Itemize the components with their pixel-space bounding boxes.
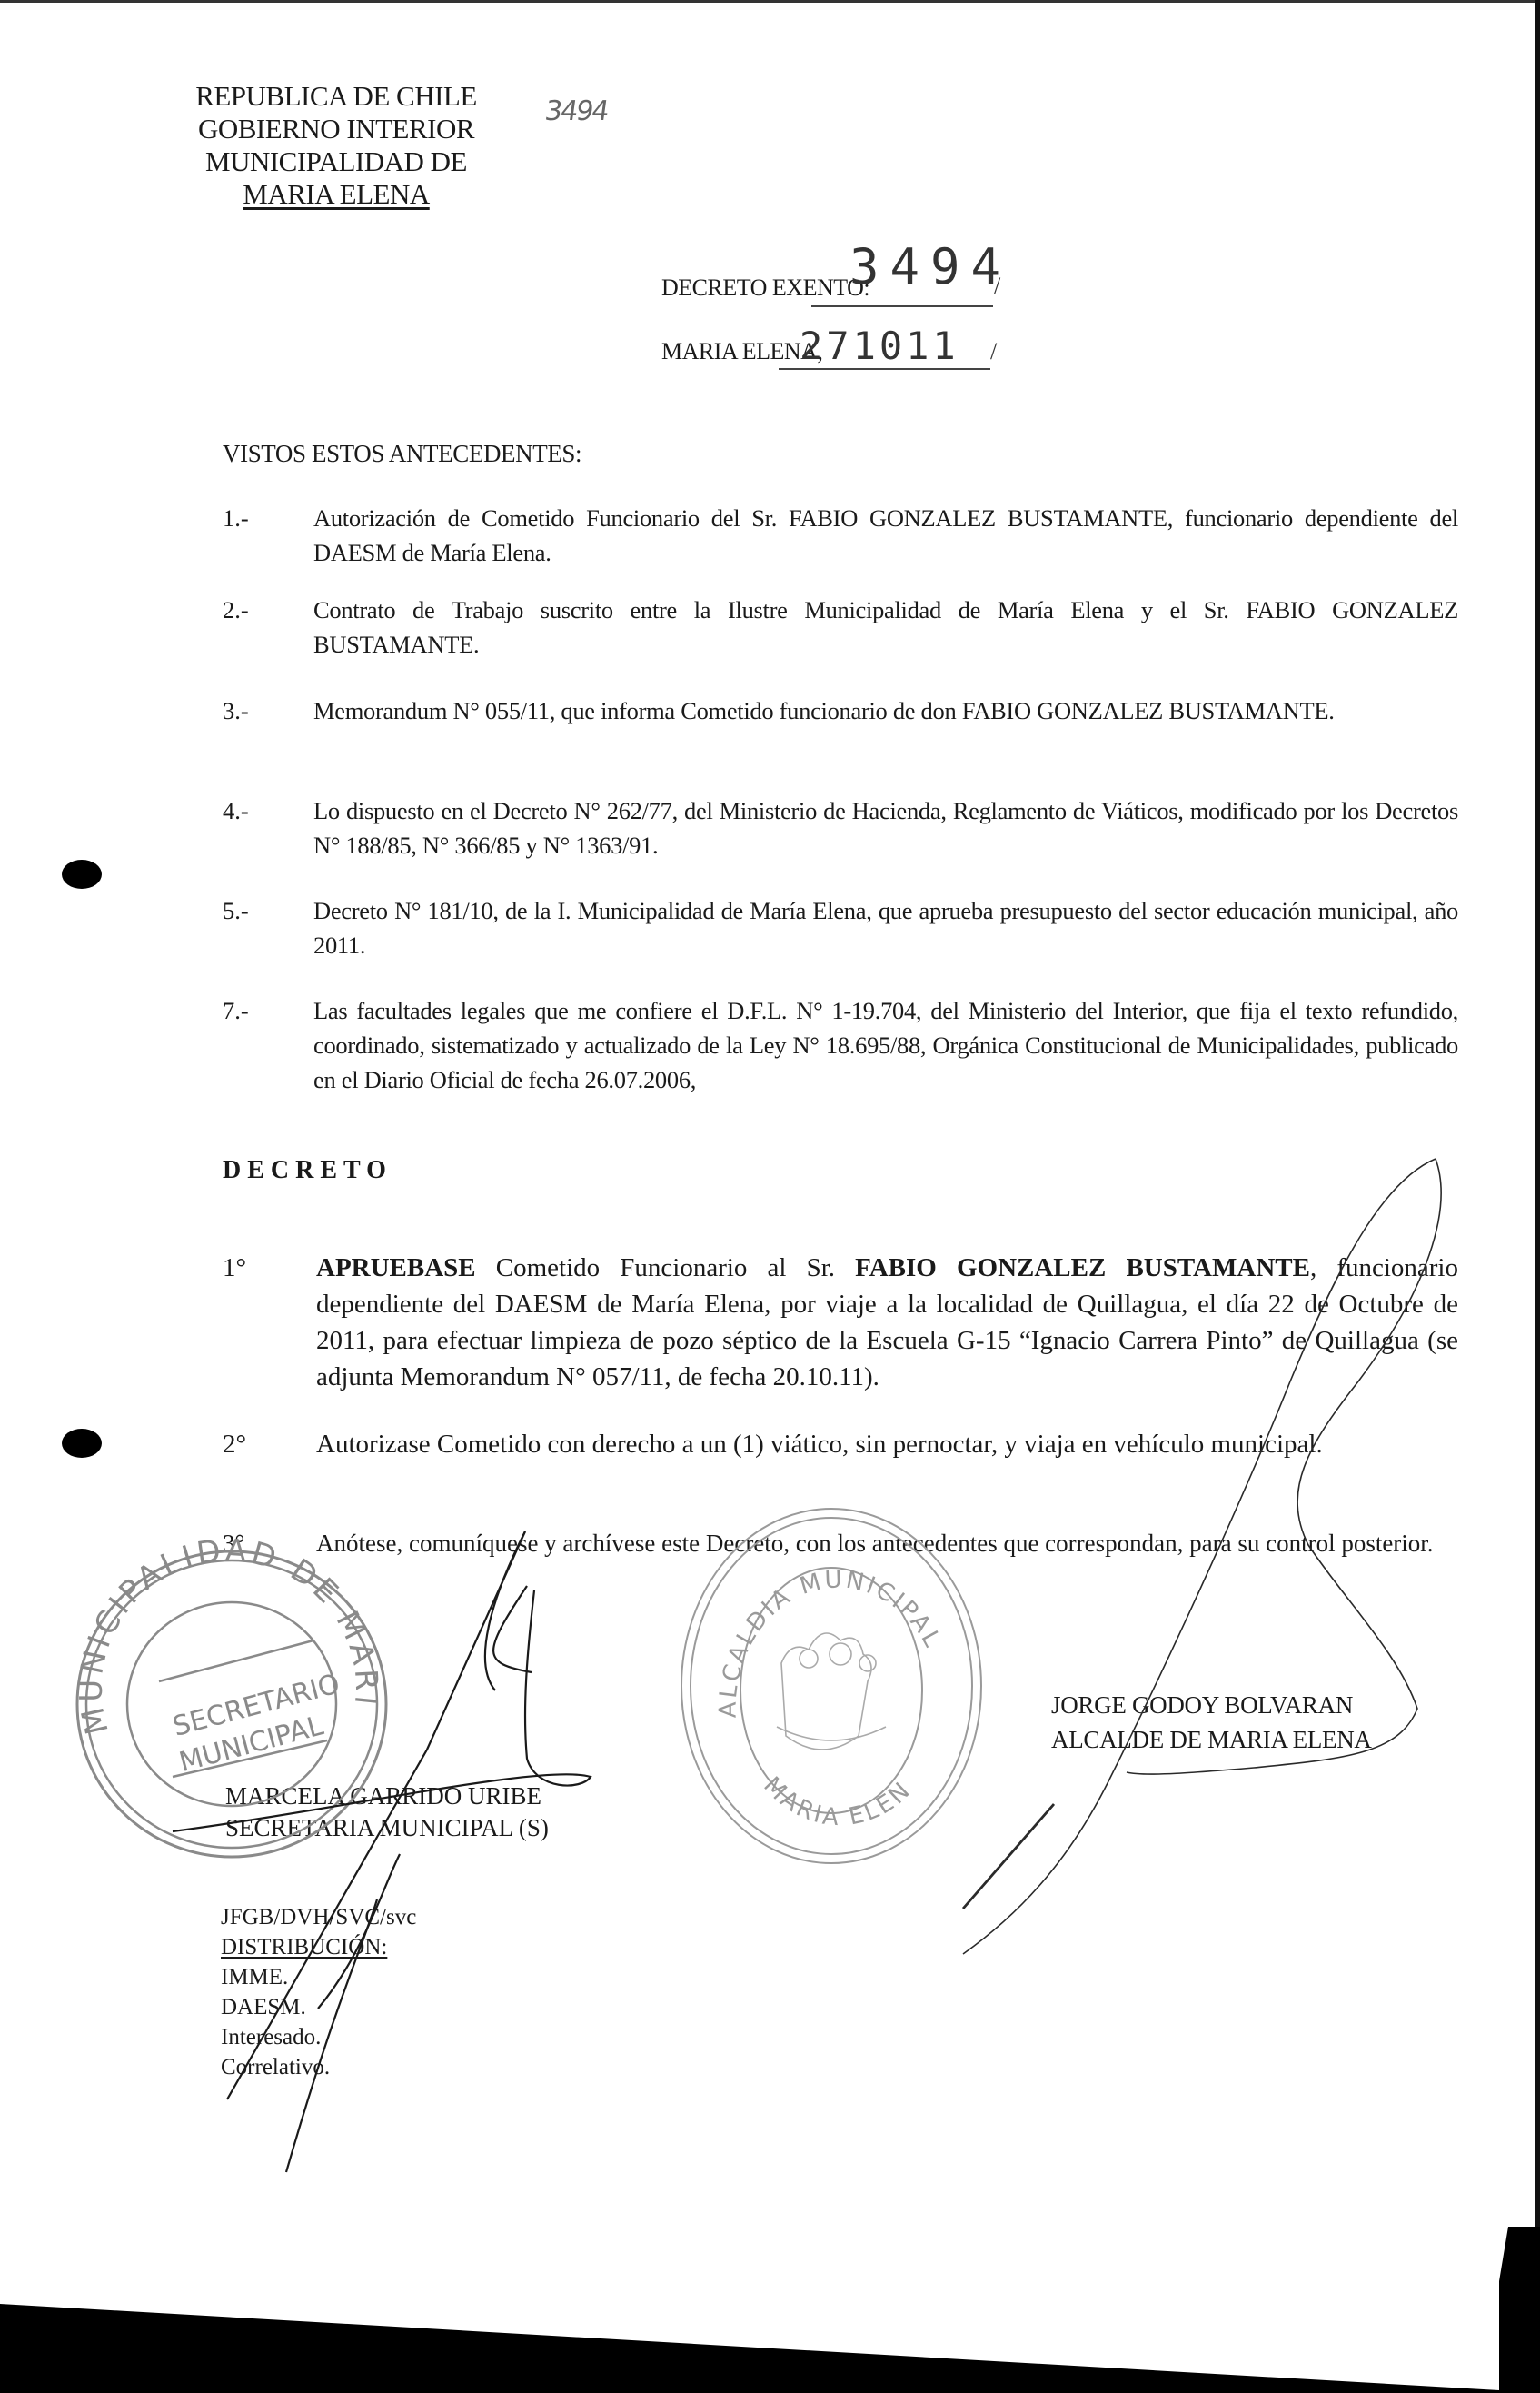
scan-edge-top xyxy=(0,0,1540,3)
distribution-block: JFGB/DVH/SVC/svc DISTRIBUCIÓN: IMME. DAE… xyxy=(221,1902,416,2082)
vistos-item-number: 3.- xyxy=(223,693,304,728)
secretary-seal-line1: SECRETARIO xyxy=(170,1668,343,1743)
resolution-number: 1° xyxy=(223,1250,304,1286)
vistos-item-text: Contrato de Trabajo suscrito entre la Il… xyxy=(313,593,1458,662)
mayor-seal-top-text: ALCALDIA MUNICIPAL xyxy=(715,1566,947,1718)
vistos-item: 7.- Las facultades legales que me confie… xyxy=(223,993,1458,1097)
resolution-item: 1° APRUEBASE Cometido Funcionario al Sr.… xyxy=(223,1250,1458,1395)
place-label: MARIA ELENA, xyxy=(661,338,822,365)
resolution-number: 2° xyxy=(223,1426,304,1462)
decreto-exento-underline xyxy=(811,305,993,307)
vistos-item: 3.- Memorandum N° 055/11, que informa Co… xyxy=(223,693,1458,728)
decree-date-underline xyxy=(779,368,990,370)
vistos-item-number: 4.- xyxy=(223,793,304,828)
vistos-heading: VISTOS ESTOS ANTECEDENTES: xyxy=(223,440,581,468)
svg-text:ALCALDIA MUNICIPAL: ALCALDIA MUNICIPAL xyxy=(715,1566,947,1718)
decreto-exento-label: DECRETO EXENTO: xyxy=(661,274,869,302)
scan-edge-right xyxy=(1535,0,1540,2393)
resolution-item: 2° Autorizase Cometido con derecho a un … xyxy=(223,1426,1458,1462)
resolution-text: Anótese, comuníquese y archívese este De… xyxy=(316,1526,1458,1560)
vistos-item: 2.- Contrato de Trabajo suscrito entre l… xyxy=(223,593,1458,662)
secretary-seal-line2: MUNICIPAL xyxy=(176,1710,327,1779)
vistos-item-text: Memorandum N° 055/11, que informa Cometi… xyxy=(313,693,1458,728)
vistos-item-text: Lo dispuesto en el Decreto N° 262/77, de… xyxy=(313,793,1458,862)
vistos-item-text: Decreto N° 181/10, de la I. Municipalida… xyxy=(313,893,1458,962)
employee-name: FABIO GONZALEZ BUSTAMANTE xyxy=(855,1253,1310,1282)
resolution-item: 3° Anótese, comuníquese y archívese este… xyxy=(223,1526,1458,1560)
resolution-number: 3° xyxy=(223,1526,304,1560)
vistos-item-number: 1.- xyxy=(223,501,304,535)
letterhead-line-municipality: MUNICIPALIDAD DE xyxy=(182,145,491,178)
distribution-recipient: Correlativo. xyxy=(221,2052,416,2082)
decreto-exento-slash: / xyxy=(994,273,1000,300)
vistos-item-text: Las facultades legales que me confiere e… xyxy=(313,993,1458,1097)
punch-hole-bottom xyxy=(62,1429,102,1458)
resolution-text: APRUEBASE Cometido Funcionario al Sr. FA… xyxy=(316,1250,1458,1395)
punch-hole-top xyxy=(62,860,102,889)
secretary-title: SECRETARIA MUNICIPAL (S) xyxy=(225,1811,549,1844)
secretary-seal-ring-text: MUNICIPALIDAD DE MARIA ELENA xyxy=(0,0,384,1738)
handwritten-decree-number: 3494 xyxy=(543,95,610,127)
scan-shadow-bottom xyxy=(0,2227,1540,2393)
decreto-heading: DECRETO xyxy=(223,1156,392,1185)
distribution-recipient: DAESM. xyxy=(221,1992,416,2022)
distribution-recipient: IMME. xyxy=(221,1962,416,1992)
vistos-item: 1.- Autorización de Cometido Funcionario… xyxy=(223,501,1458,570)
resolution-lead: APRUEBASE xyxy=(316,1253,476,1282)
letterhead-line-commune: MARIA ELENA xyxy=(182,178,491,211)
vistos-item-number: 7.- xyxy=(223,993,304,1028)
coat-of-arms-icon xyxy=(777,1633,886,1750)
vistos-item-number: 2.- xyxy=(223,593,304,627)
distribution-title: DISTRIBUCIÓN: xyxy=(221,1932,416,1962)
vistos-item: 5.- Decreto N° 181/10, de la I. Municipa… xyxy=(223,893,1458,962)
letterhead-line-government: GOBIERNO INTERIOR xyxy=(182,113,491,145)
vistos-item-text: Autorización de Cometido Funcionario del… xyxy=(313,501,1458,570)
reference-initials: JFGB/DVH/SVC/svc xyxy=(221,1902,416,1932)
decreto-exento-value: 3494 xyxy=(849,238,1011,295)
vistos-item-number: 5.- xyxy=(223,893,304,928)
secretary-name: MARCELA GARRIDO URIBE xyxy=(225,1780,541,1812)
resolution-text: Autorizase Cometido con derecho a un (1)… xyxy=(316,1426,1458,1462)
decree-date-value: 271011 xyxy=(800,324,959,368)
svg-text:MUNICIPALIDAD DE MARIA ELENA: MUNICIPALIDAD DE MARIA ELENA xyxy=(0,0,384,1738)
decree-date-slash: / xyxy=(990,338,997,365)
vistos-item: 4.- Lo dispuesto en el Decreto N° 262/77… xyxy=(223,793,1458,862)
mayor-name: JORGE GODOY BOLVARAN xyxy=(1051,1689,1353,1721)
mayor-title: ALCALDE DE MARIA ELENA xyxy=(1051,1723,1372,1756)
letterhead-line-country: REPUBLICA DE CHILE xyxy=(182,80,491,113)
distribution-recipient: Interesado. xyxy=(221,2022,416,2052)
